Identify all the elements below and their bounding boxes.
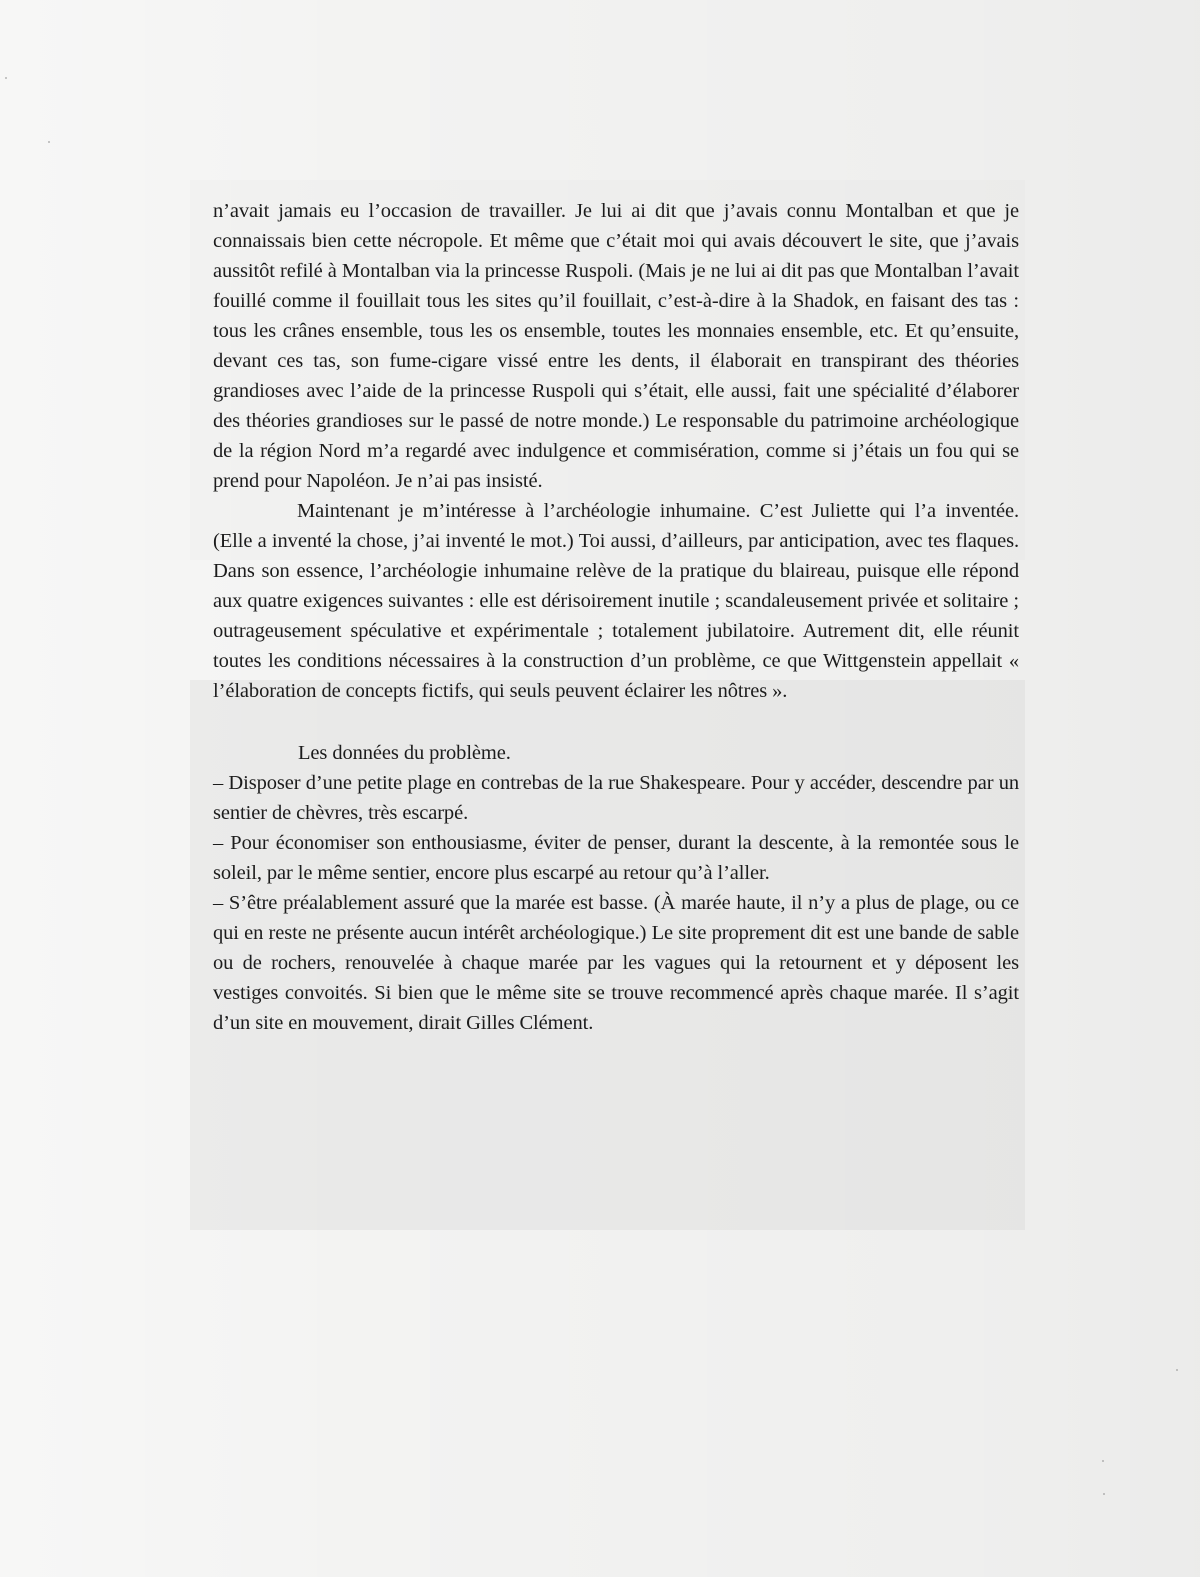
section-heading-donnees: Les données du problème. bbox=[213, 738, 1019, 768]
paper-speck bbox=[48, 141, 50, 143]
paper-speck bbox=[1176, 1369, 1178, 1371]
blank-line bbox=[213, 706, 1019, 736]
paragraph-archeologie-inhumaine: Maintenant je m’intéresse à l’archéologi… bbox=[213, 496, 1019, 706]
list-item-plage: – Disposer d’une petite plage en contreb… bbox=[213, 768, 1019, 828]
paragraph-continuation: n’avait jamais eu l’occasion de travaill… bbox=[213, 196, 1019, 496]
paper-speck bbox=[1103, 1493, 1105, 1495]
page-text: n’avait jamais eu l’occasion de travaill… bbox=[213, 196, 1019, 1038]
list-item-maree: – S’être préalablement assuré que la mar… bbox=[213, 888, 1019, 1038]
paper-speck bbox=[1102, 1460, 1104, 1462]
paper-speck bbox=[5, 77, 7, 79]
list-item-enthousiasme: – Pour économiser son enthousiasme, évit… bbox=[213, 828, 1019, 888]
